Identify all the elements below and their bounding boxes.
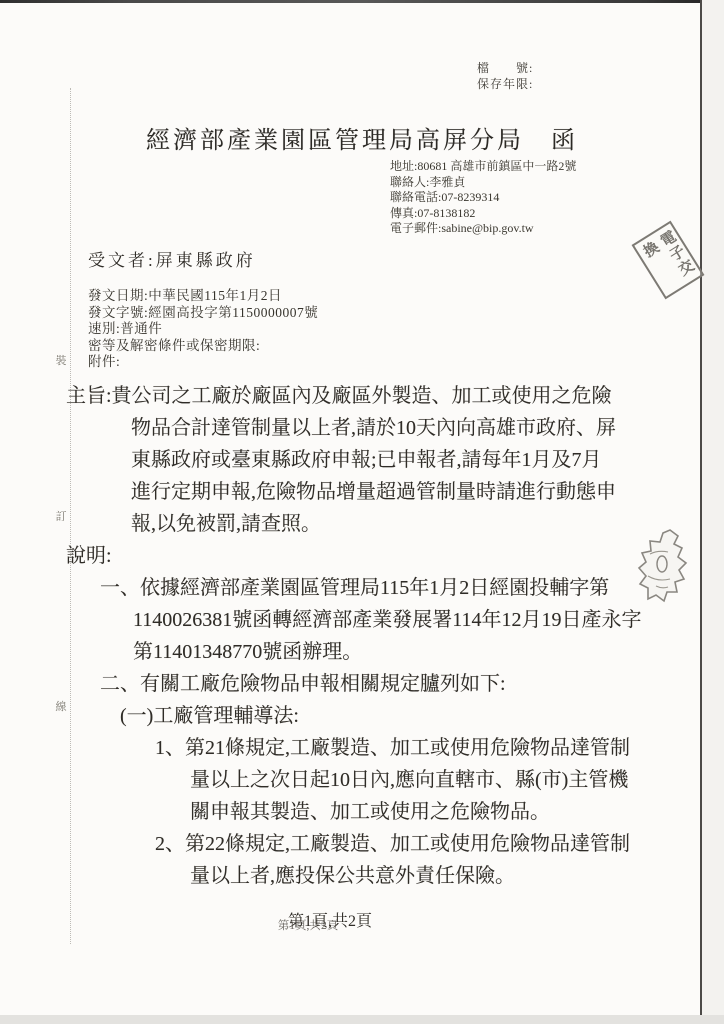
document-title: 經濟部產業園區管理局高屏分局 函 <box>0 120 724 155</box>
footer-page-number-ghost: 第1頁,共2頁 <box>70 916 545 933</box>
sender-info-line: 傳真:07-8138182 <box>390 206 576 222</box>
footer-page-number: 第1頁,共2頁 第1頁,共2頁 <box>0 908 660 931</box>
file-number-box: 檔 號: 保存年限: <box>477 60 533 92</box>
meta-line: 密等及解密條件或保密期限: <box>88 338 318 355</box>
electronic-exchange-stamp: 電子交換 <box>632 221 705 300</box>
recipient-line: 受文者:屏東縣政府 <box>88 246 256 271</box>
sender-info-line: 地址:80681 高雄市前鎮區中一路2號 <box>390 159 576 175</box>
body-line: 報,以免被罰,請查照。 <box>131 508 666 540</box>
meta-line: 附件: <box>88 354 318 371</box>
body-line: 量以上者,應投保公共意外責任保險。 <box>190 860 666 892</box>
body-line: (一)工廠管理輔導法: <box>120 700 666 732</box>
meta-line: 發文字號:經園高投字第1150000007號 <box>88 305 318 322</box>
scan-edge-top <box>0 0 724 3</box>
body-line: 說明: <box>66 540 666 572</box>
body-line: 關申報其製造、加工或使用之危險物品。 <box>190 796 666 828</box>
body-line: 第11401348770號函辦理。 <box>133 636 666 668</box>
body-line: 一、依據經濟部產業園區管理局115年1月2日經園投輔字第 <box>100 572 666 604</box>
binding-mark-zhuang: 裝 <box>54 352 68 368</box>
sender-info-block: 地址:80681 高雄市前鎮區中一路2號聯絡人:李雅貞聯絡電話:07-82393… <box>390 159 576 237</box>
body-line: 東縣政府或臺東縣政府申報;已申報者,請每年1月及7月 <box>131 444 666 476</box>
sender-info-line: 電子郵件:sabine@bip.gov.tw <box>390 221 576 237</box>
retention-period-label: 保存年限: <box>477 76 533 92</box>
document-page: 裝 訂 線 檔 號: 保存年限: 經濟部產業園區管理局高屏分局 函 地址:806… <box>0 0 724 1024</box>
electronic-exchange-stamp-text: 電子交換 <box>637 227 698 292</box>
body-line: 2、第22條規定,工廠製造、加工或使用危險物品達管制 <box>155 828 666 860</box>
sender-info-line: 聯絡電話:07-8239314 <box>390 190 576 206</box>
body-line: 進行定期申報,危險物品增量超過管制量時請進行動態申 <box>131 476 666 508</box>
document-meta-block: 發文日期:中華民國115年1月2日發文字號:經園高投字第1150000007號速… <box>88 288 318 371</box>
body-line: 二、有關工廠危險物品申報相關規定臚列如下: <box>100 668 666 700</box>
file-number-label: 檔 號: <box>477 60 533 76</box>
body-line: 1140026381號函轉經濟部產業發展署114年12月19日產永字 <box>133 604 666 636</box>
edge-seal-stamp <box>636 526 690 606</box>
sender-info-line: 聯絡人:李雅貞 <box>390 175 576 191</box>
body-line: 1、第21條規定,工廠製造、加工或使用危險物品達管制 <box>155 732 666 764</box>
body-line: 物品合計達管制量以上者,請於10天內向高雄市政府、屏 <box>131 412 666 444</box>
meta-line: 速別:普通件 <box>88 321 318 338</box>
body-line: 主旨:貴公司之工廠於廠區內及廠區外製造、加工或使用之危險 <box>66 380 666 412</box>
body-line: 量以上之次日起10日內,應向直轄市、縣(市)主管機 <box>190 764 666 796</box>
scan-edge-bottom <box>0 1015 724 1024</box>
body-text: 主旨:貴公司之工廠於廠區內及廠區外製造、加工或使用之危險物品合計達管制量以上者,… <box>66 380 666 892</box>
meta-line: 發文日期:中華民國115年1月2日 <box>88 288 318 305</box>
